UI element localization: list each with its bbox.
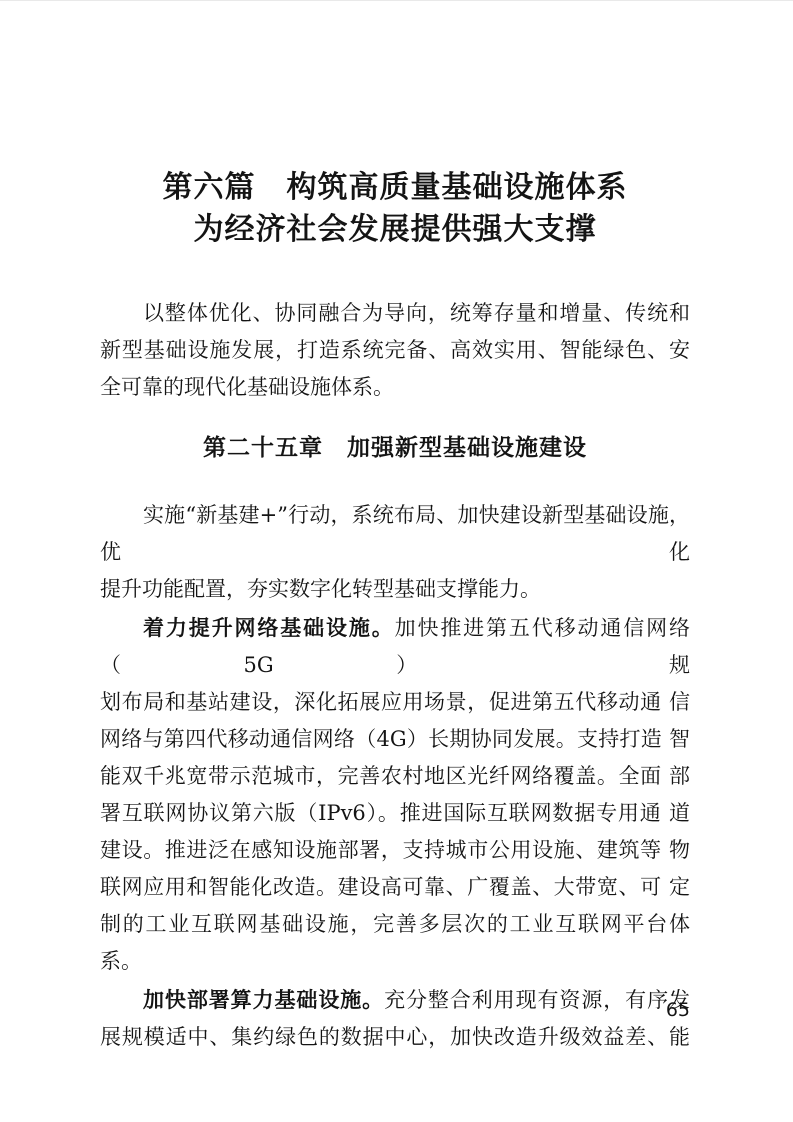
part-title: 第六篇 构筑高质量基础设施体系 为经济社会发展提供强大支撑	[100, 167, 690, 251]
chapter-heading: 第二十五章 加强新型基础设施建设	[100, 430, 690, 467]
part-intro-paragraph: 以整体优化、协同融合为导向，统筹存量和增量、传统和 新型基础设施发展，打造系统完…	[100, 295, 690, 406]
paragraph-3-line-2: 展规模适中、集约绿色的数据中心，加快改造升级效益差、能	[100, 1019, 690, 1056]
intro-line-3: 全可靠的现代化基础设施体系。	[100, 369, 690, 406]
paragraph-3-line-1: 加快部署算力基础设施。充分整合利用现有资源，有序发	[100, 982, 690, 1019]
paragraph-2-line-2: 划布局和基站建设，深化拓展应用场景，促进第五代移动通 信	[100, 684, 690, 721]
paragraph-1: 实施“新基建+”行动，系统布局、加快建设新型基础设施， 优化 提升功能配置，夯实…	[100, 497, 690, 608]
part-title-line-1: 第六篇 构筑高质量基础设施体系	[100, 167, 690, 209]
paragraph-2-line-4: 能双千兆宽带示范城市，完善农村地区光纤网络覆盖。全面 部	[100, 758, 690, 795]
paragraph-3-text: 充分整合利用现有资源，有序发	[384, 988, 690, 1012]
paragraph-2-line-1: 着力提升网络基础设施。加快推进第五代移动通信网络（5G） 规	[100, 610, 690, 684]
page-number: 65	[666, 999, 690, 1021]
paragraph-2-line-8: 制的工业互联网基础设施，完善多层次的工业互联网平台体	[100, 906, 690, 943]
paragraph-3-lead: 加快部署算力基础设施。	[143, 988, 384, 1012]
part-title-line-2: 为经济社会发展提供强大支撑	[100, 209, 690, 251]
paragraph-2: 着力提升网络基础设施。加快推进第五代移动通信网络（5G） 规 划布局和基站建设，…	[100, 610, 690, 980]
paragraph-2-line-7: 联网应用和智能化改造。建设高可靠、广覆盖、大带宽、可 定	[100, 869, 690, 906]
paragraph-2-lead: 着力提升网络基础设施。	[143, 616, 395, 640]
paragraph-1-line-1: 实施“新基建+”行动，系统布局、加快建设新型基础设施， 优化	[100, 497, 690, 571]
paragraph-3: 加快部署算力基础设施。充分整合利用现有资源，有序发 展规模适中、集约绿色的数据中…	[100, 982, 690, 1056]
paragraph-2-line-6: 建设。推进泛在感知设施部署，支持城市公用设施、建筑等 物	[100, 832, 690, 869]
paragraph-2-line-3: 网络与第四代移动通信网络（4G）长期协同发展。支持打造 智	[100, 721, 690, 758]
intro-line-1: 以整体优化、协同融合为导向，统筹存量和增量、传统和	[100, 295, 690, 332]
document-page: 第六篇 构筑高质量基础设施体系 为经济社会发展提供强大支撑 以整体优化、协同融合…	[0, 0, 793, 1122]
page-content: 第六篇 构筑高质量基础设施体系 为经济社会发展提供强大支撑 以整体优化、协同融合…	[100, 1, 690, 1056]
intro-line-2: 新型基础设施发展，打造系统完备、高效实用、智能绿色、安	[100, 332, 690, 369]
paragraph-2-line-9: 系。	[100, 943, 690, 980]
paragraph-1-text: 实施“新基建+”行动，系统布局、加快建设新型基础设施， 优化	[100, 503, 690, 564]
paragraph-2-line-5: 署互联网协议第六版（IPv6）。推进国际互联网数据专用通 道	[100, 795, 690, 832]
paragraph-1-line-2: 提升功能配置，夯实数字化转型基础支撑能力。	[100, 571, 690, 608]
